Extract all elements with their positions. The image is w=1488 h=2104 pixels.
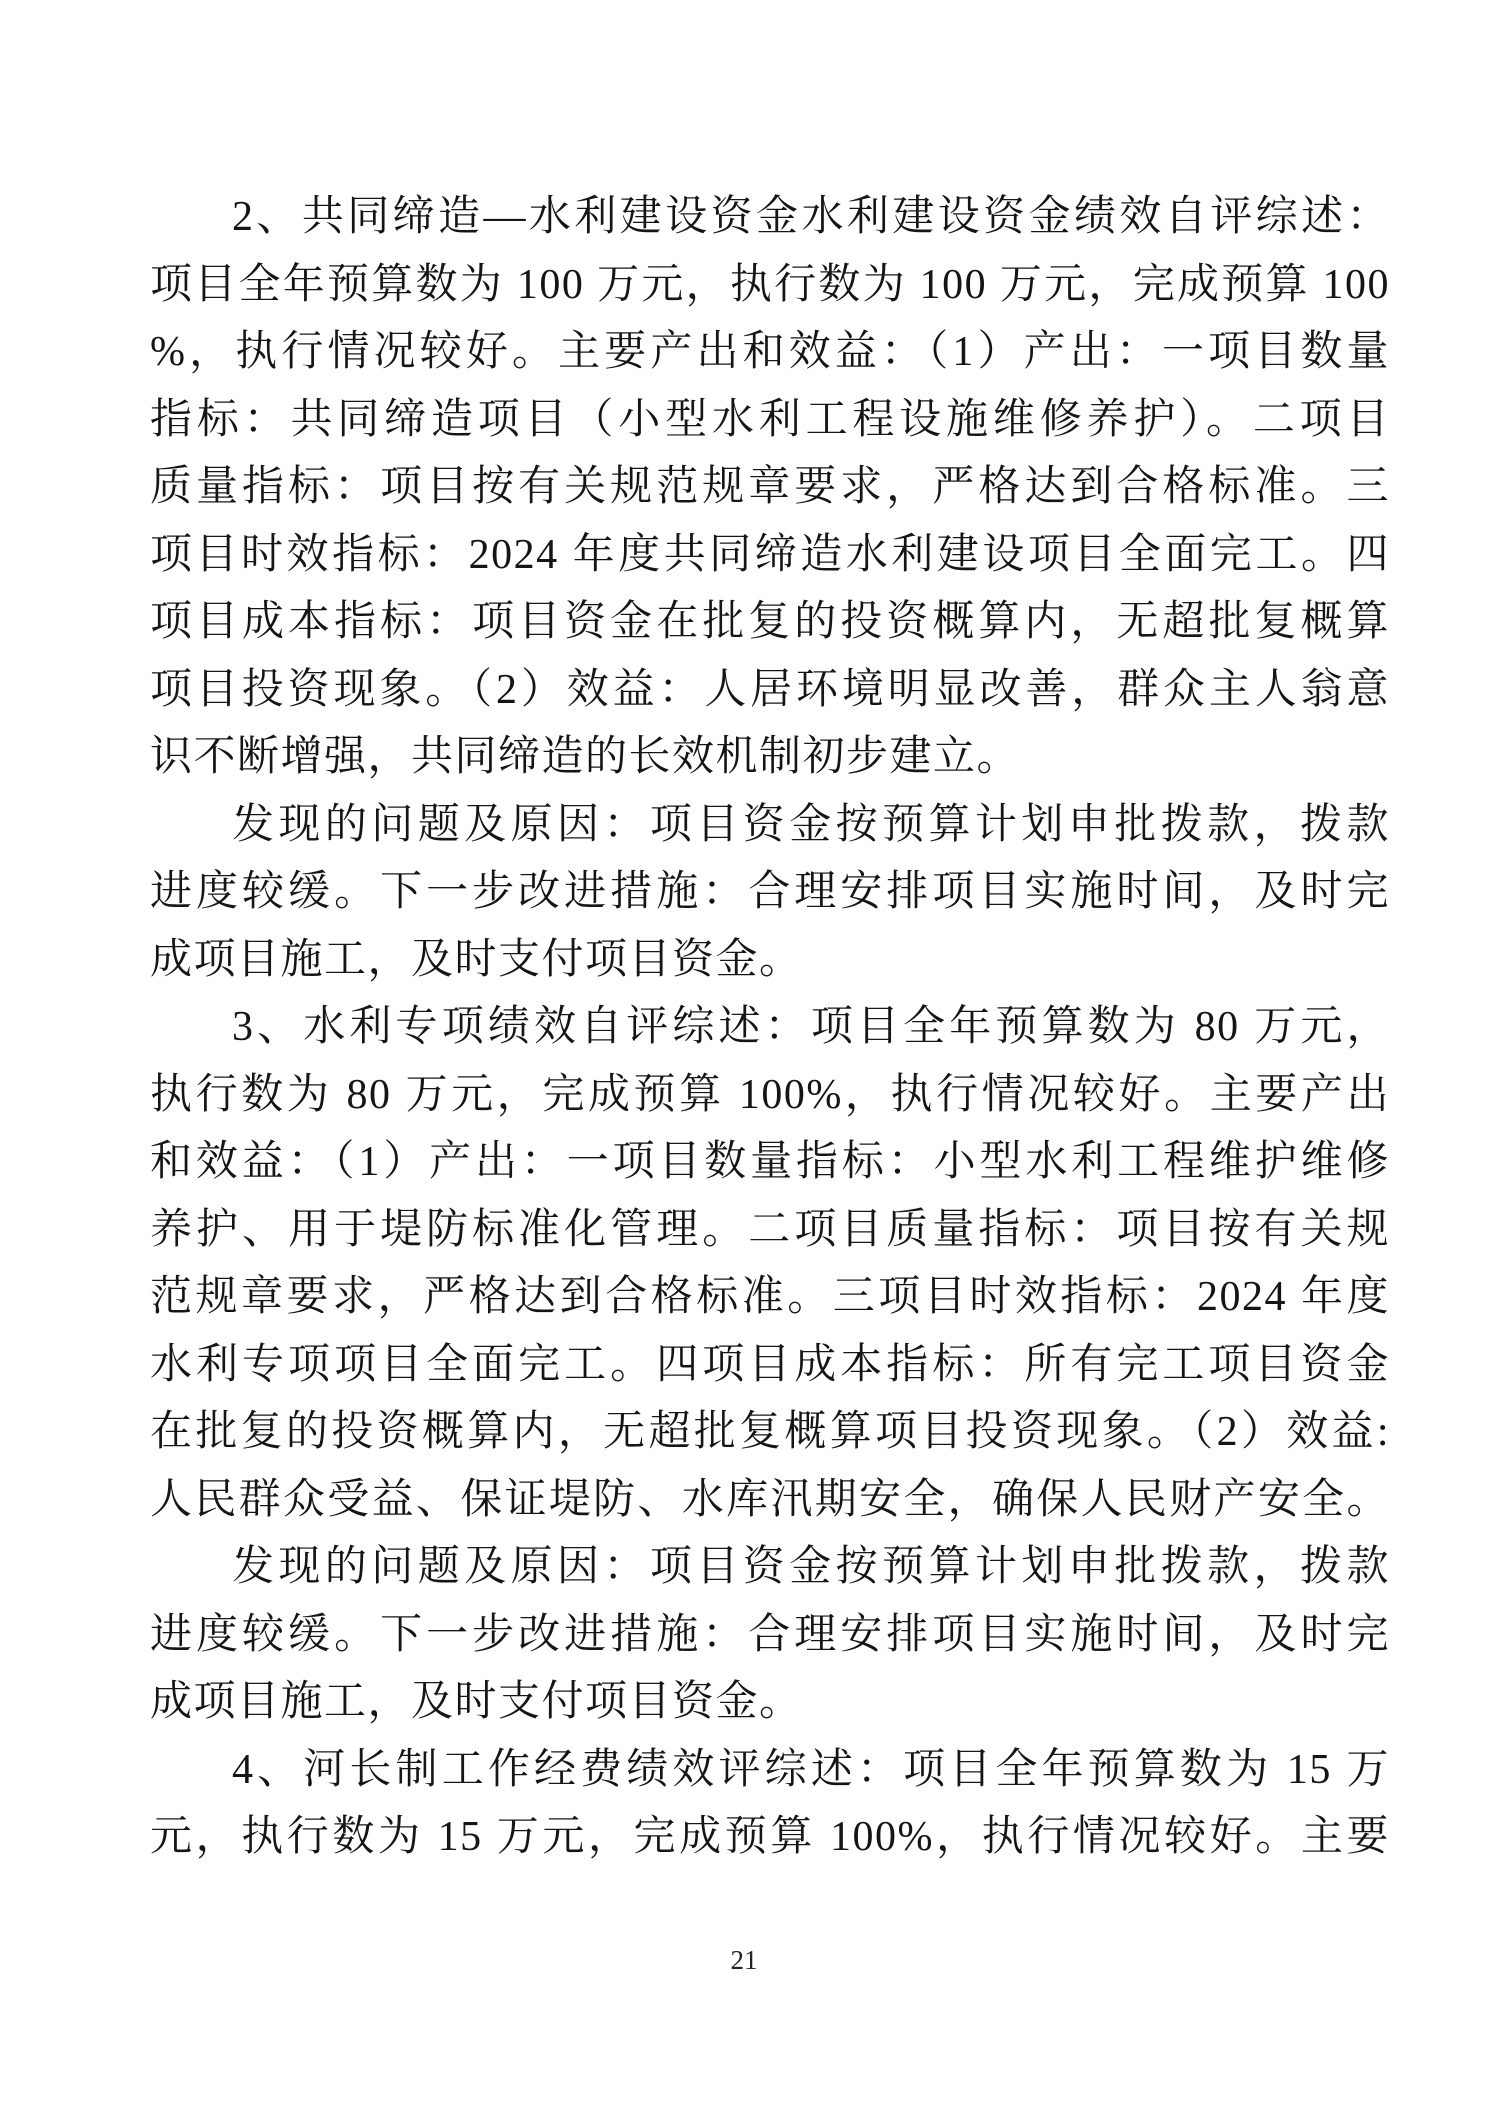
document-body: 2、共同缔造—水利建设资金水利建设资金绩效自评综述： 项目全年预算数为 100 … bbox=[150, 184, 1390, 1872]
text-line: 发现的问题及原因：项目资金按预算计划申批拨款，拨款 bbox=[150, 792, 1390, 860]
text-line: 2、共同缔造—水利建设资金水利建设资金绩效自评综述： bbox=[150, 184, 1390, 252]
text-line: 指标：共同缔造项目（小型水利工程设施维修养护）。二项目 bbox=[150, 387, 1390, 455]
text-line: 识不断增强，共同缔造的长效机制初步建立。 bbox=[150, 724, 1390, 792]
text-line: 3、水利专项绩效自评综述：项目全年预算数为 80 万元， bbox=[150, 994, 1390, 1062]
text-line: 项目时效指标：2024 年度共同缔造水利建设项目全面完工。四 bbox=[150, 522, 1390, 590]
text-line: %，执行情况较好。主要产出和效益：（1）产出：一项目数量 bbox=[150, 319, 1390, 387]
text-line: 进度较缓。下一步改进措施：合理安排项目实施时间，及时完 bbox=[150, 859, 1390, 927]
text-line: 和效益：（1）产出：一项目数量指标：小型水利工程维护维修 bbox=[150, 1129, 1390, 1197]
text-line: 养护、用于堤防标准化管理。二项目质量指标：项目按有关规 bbox=[150, 1197, 1390, 1265]
text-line: 项目成本指标：项目资金在批复的投资概算内，无超批复概算 bbox=[150, 589, 1390, 657]
text-line: 质量指标：项目按有关规范规章要求，严格达到合格标准。三 bbox=[150, 454, 1390, 522]
text-line: 执行数为 80 万元，完成预算 100%，执行情况较好。主要产出 bbox=[150, 1062, 1390, 1130]
document-page: 2、共同缔造—水利建设资金水利建设资金绩效自评综述： 项目全年预算数为 100 … bbox=[0, 0, 1488, 2104]
text-line: 发现的问题及原因：项目资金按预算计划申批拨款，拨款 bbox=[150, 1534, 1390, 1602]
text-line: 水利专项项目全面完工。四项目成本指标：所有完工项目资金 bbox=[150, 1332, 1390, 1400]
text-line: 项目投资现象。（2）效益：人居环境明显改善，群众主人翁意 bbox=[150, 657, 1390, 725]
page-number: 21 bbox=[0, 1945, 1488, 1976]
text-line: 在批复的投资概算内，无超批复概算项目投资现象。（2）效益: bbox=[150, 1399, 1390, 1467]
text-line: 成项目施工，及时支付项目资金。 bbox=[150, 1669, 1390, 1737]
text-line: 元，执行数为 15 万元，完成预算 100%，执行情况较好。主要 bbox=[150, 1804, 1390, 1872]
text-line: 项目全年预算数为 100 万元，执行数为 100 万元，完成预算 100 bbox=[150, 252, 1390, 320]
text-line: 人民群众受益、保证堤防、水库汛期安全，确保人民财产安全。 bbox=[150, 1467, 1390, 1535]
text-line: 范规章要求，严格达到合格标准。三项目时效指标：2024 年度 bbox=[150, 1264, 1390, 1332]
text-line: 进度较缓。下一步改进措施：合理安排项目实施时间，及时完 bbox=[150, 1602, 1390, 1670]
text-line: 成项目施工，及时支付项目资金。 bbox=[150, 927, 1390, 995]
text-line: 4、河长制工作经费绩效评综述：项目全年预算数为 15 万 bbox=[150, 1737, 1390, 1805]
